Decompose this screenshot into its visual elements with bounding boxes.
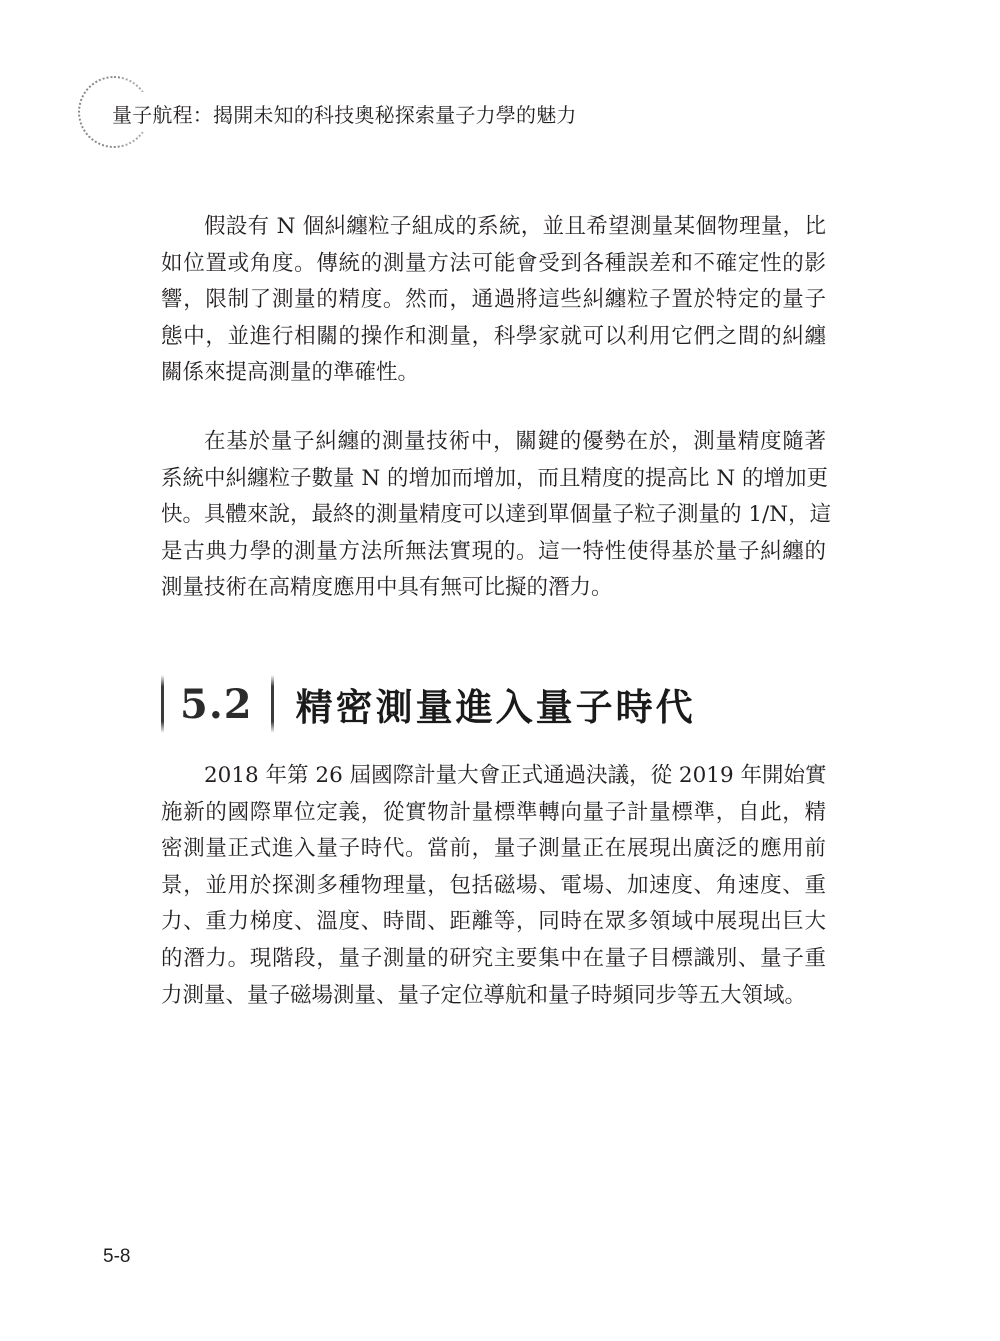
paragraph-3: 2018 年第 26 屆國際計量大會正式通過決議，從 2019 年開始實 施新的… [161, 758, 826, 1014]
paragraph-line: 系統中糾纏粒子數量 N 的增加而增加，而且精度的提高比 N 的增加更 [161, 461, 826, 498]
paragraph-1: 假設有 N 個糾纏粒子組成的系統，並且希望測量某個物理量，比 如位置或角度。傳統… [161, 209, 826, 392]
paragraph-line: 力、重力梯度、溫度、時間、距離等，同時在眾多領域中展現出巨大 [161, 904, 826, 941]
paragraph-line: 是古典力學的測量方法所無法實現的。這一特性使得基於量子糾纏的 [161, 534, 826, 571]
paragraph-line: 關係來提高測量的準確性。 [161, 355, 826, 392]
running-header-title: 量子航程：揭開未知的科技奧秘探索量子力學的魅力 [112, 99, 577, 128]
paragraph-line: 密測量正式進入量子時代。當前，量子測量正在展現出廣泛的應用前 [161, 831, 826, 868]
paragraph-2: 在基於量子糾纏的測量技術中，關鍵的優勢在於，測量精度隨著 系統中糾纏粒子數量 N… [161, 424, 826, 607]
paragraph-line: 測量技術在高精度應用中具有無可比擬的潛力。 [161, 570, 826, 607]
paragraph-line: 快。具體來說，最終的測量精度可以達到單個量子粒子測量的 1/N，這 [161, 497, 826, 534]
paragraph-line: 響，限制了測量的精度。然而，通過將這些糾纏粒子置於特定的量子 [161, 282, 826, 319]
paragraph-line: 如位置或角度。傳統的測量方法可能會受到各種誤差和不確定性的影 [161, 246, 826, 283]
paragraph-line: 的潛力。現階段，量子測量的研究主要集中在量子目標識別、量子重 [161, 941, 826, 978]
section-title: 精密測量進入量子時代 [274, 677, 696, 731]
paragraph-line: 力測量、量子磁場測量、量子定位導航和量子時頻同步等五大領域。 [161, 978, 826, 1015]
paragraph-line: 景，並用於探測多種物理量，包括磁場、電場、加速度、角速度、重 [161, 868, 826, 905]
section-number: 5.2 [164, 681, 271, 728]
paragraph-line: 施新的國際單位定義，從實物計量標準轉向量子計量標準，自此，精 [161, 795, 826, 832]
paragraph-line: 假設有 N 個糾纏粒子組成的系統，並且希望測量某個物理量，比 [161, 209, 826, 246]
section-heading: 5.2 精密測量進入量子時代 [161, 672, 696, 736]
paragraph-line: 態中，並進行相關的操作和測量，科學家就可以利用它們之間的糾纏 [161, 319, 826, 356]
paragraph-line: 在基於量子糾纏的測量技術中，關鍵的優勢在於，測量精度隨著 [161, 424, 826, 461]
paragraph-line: 2018 年第 26 屆國際計量大會正式通過決議，從 2019 年開始實 [161, 758, 826, 795]
page-number: 5-8 [103, 1246, 130, 1268]
